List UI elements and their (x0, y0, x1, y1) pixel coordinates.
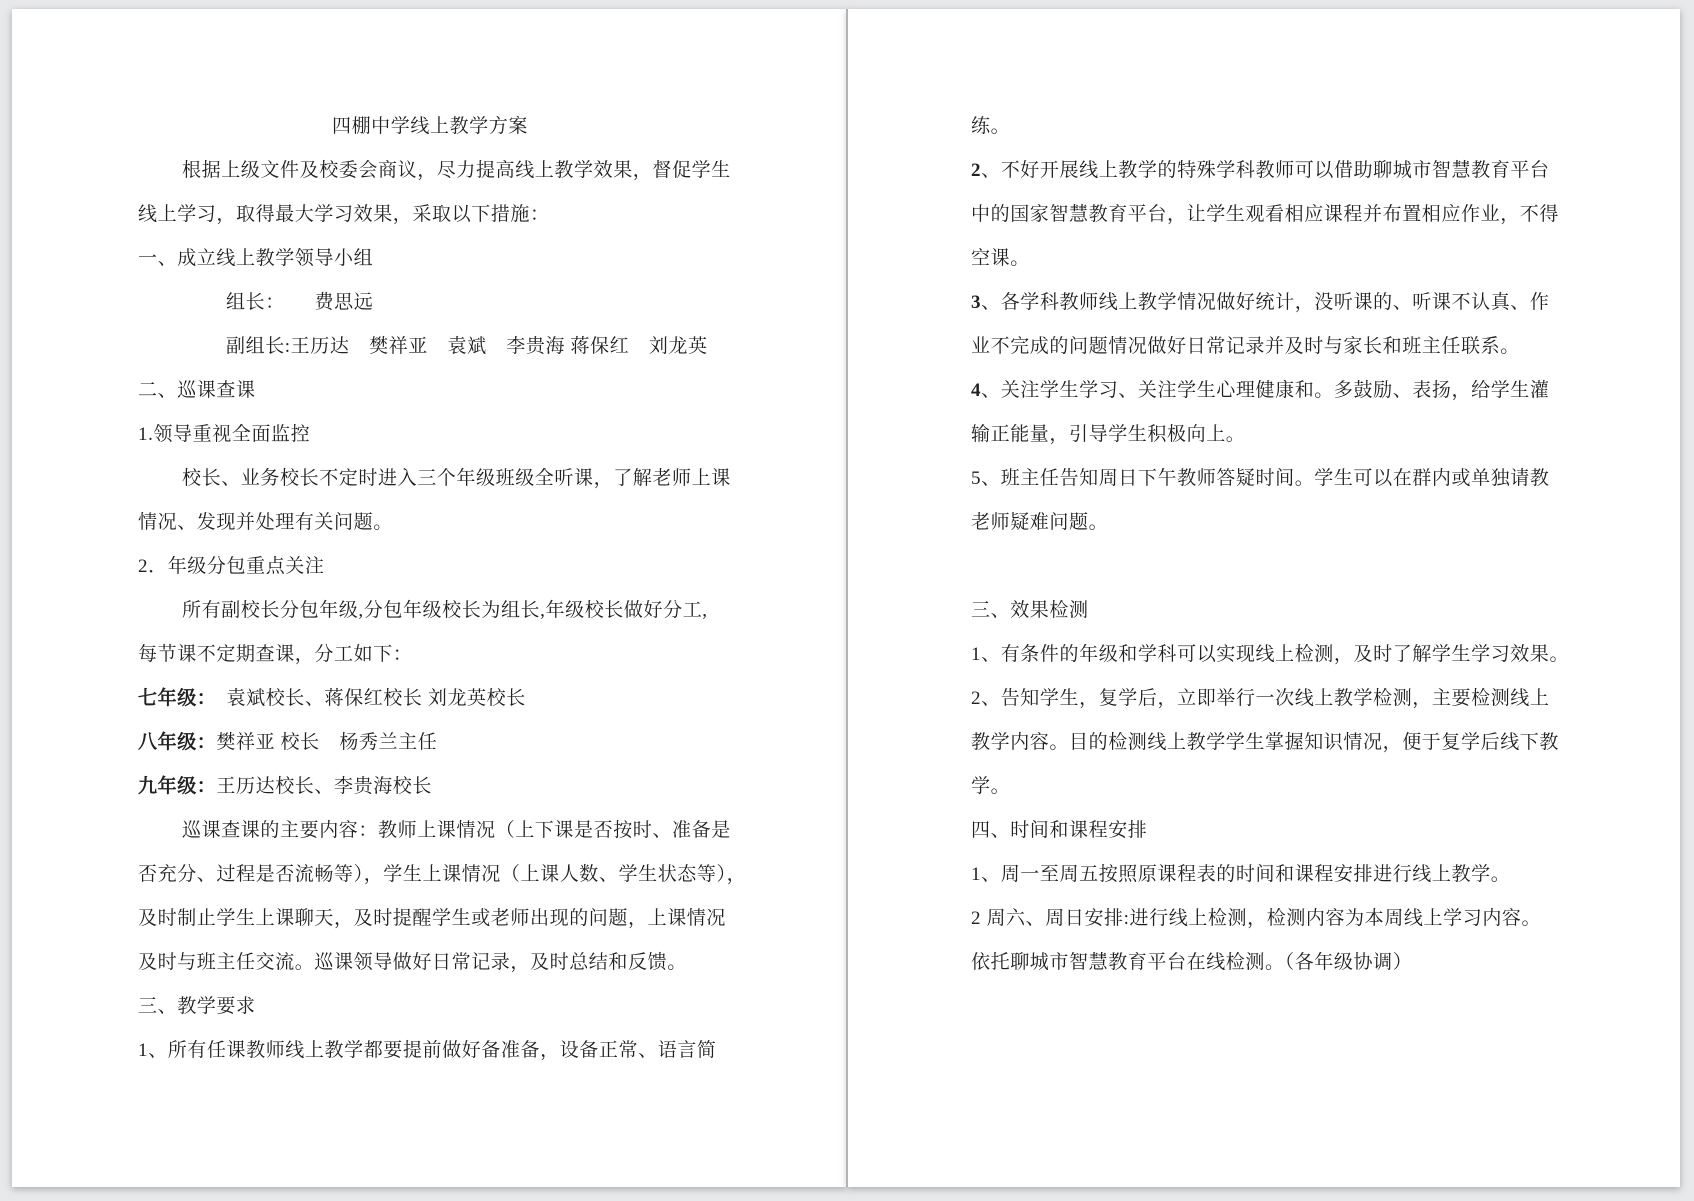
text-run: 及时制止学生上课聊天，及时提醒学生或老师出现的问题，上课情况 (138, 908, 726, 929)
text-run: 练。 (971, 116, 1010, 137)
text-line: 2、告知学生，复学后，立即举行一次线上教学检测，主要检测线上 (971, 677, 1571, 721)
text-run: 、关注学生学习、关注学生心理健康和。多鼓励、表扬，给学生灌 (981, 380, 1549, 401)
text-line: 八年级：樊祥亚 校长 杨秀兰主任 (138, 721, 722, 765)
text-line: 组长： 费思远 (138, 281, 722, 325)
text-line: 九年级：王历达校长、李贵海校长 (138, 765, 722, 809)
text-line: 4、关注学生学习、关注学生心理健康和。多鼓励、表扬，给学生灌 (971, 369, 1571, 413)
text-line: 输正能量，引导学生积极向上。 (971, 413, 1571, 457)
text-run: 三、教学要求 (138, 996, 256, 1017)
text-line: 1、有条件的年级和学科可以实现线上检测，及时了解学生学习效果。 (971, 633, 1571, 677)
text-line: 2．年级分包重点关注 (138, 545, 722, 589)
text-run: 组长： 费思远 (226, 292, 373, 313)
text-run: 情况、发现并处理有关问题。 (138, 512, 393, 533)
text-run: 一、成立线上教学领导小组 (138, 248, 373, 269)
text-line: 学。 (971, 765, 1571, 809)
text-run: 输正能量，引导学生积极向上。 (971, 424, 1245, 445)
text-line: 2、不好开展线上教学的特殊学科教师可以借助聊城市智慧教育平台 (971, 149, 1571, 193)
text-run: 校长、业务校长不定时进入三个年级班级全听课，了解老师上课 (182, 468, 731, 489)
text-line: 情况、发现并处理有关问题。 (138, 501, 722, 545)
text-run: 学。 (971, 776, 1010, 797)
text-run: 业不完成的问题情况做好日常记录并及时与家长和班主任联系。 (971, 336, 1520, 357)
text-line: 校长、业务校长不定时进入三个年级班级全听课，了解老师上课 (138, 457, 722, 501)
text-run: 依托聊城市智慧教育平台在线检测。（各年级协调） (971, 952, 1412, 973)
text-line: 5、班主任告知周日下午教师答疑时间。学生可以在群内或单独请教 (971, 457, 1571, 501)
text-run: 1、周一至周五按照原课程表的时间和课程安排进行线上教学。 (971, 864, 1510, 885)
text-run: 巡课查课的主要内容：教师上课情况（上下课是否按时、准备是 (182, 820, 731, 841)
text-line: 二、巡课查课 (138, 369, 722, 413)
text-line: 三、效果检测 (971, 589, 1571, 633)
text-line: 空课。 (971, 237, 1571, 281)
text-line: 巡课查课的主要内容：教师上课情况（上下课是否按时、准备是 (138, 809, 722, 853)
text-run: 所有副校长分包年级,分包年级校长为组长,年级校长做好分工, (182, 600, 708, 621)
text-run: 王历达校长、李贵海校长 (216, 776, 432, 797)
text-run: 老师疑难问题。 (971, 512, 1108, 533)
document-page-1: 四棚中学线上教学方案根据上级文件及校委会商议，尽力提高线上教学效果，督促学生线上… (12, 9, 846, 1187)
text-line: 中的国家智慧教育平台，让学生观看相应课程并布置相应作业，不得 (971, 193, 1571, 237)
text-line: 1、所有任课教师线上教学都要提前做好备准备，设备正常、语言简 (138, 1029, 722, 1073)
text-line: 老师疑难问题。 (971, 501, 1571, 545)
text-line: 所有副校长分包年级,分包年级校长为组长,年级校长做好分工, (138, 589, 722, 633)
text-line: 七年级： 袁斌校长、蒋保红校长 刘龙英校长 (138, 677, 722, 721)
text-run: 线上学习，取得最大学习效果，采取以下措施： (138, 204, 550, 225)
text-line: 及时与班主任交流。巡课领导做好日常记录，及时总结和反馈。 (138, 941, 722, 985)
text-run: 1、有条件的年级和学科可以实现线上检测，及时了解学生学习效果。 (971, 644, 1569, 665)
text-run: 2．年级分包重点关注 (138, 556, 325, 577)
text-line: 业不完成的问题情况做好日常记录并及时与家长和班主任联系。 (971, 325, 1571, 369)
text-line: 一、成立线上教学领导小组 (138, 237, 722, 281)
text-line: 1、周一至周五按照原课程表的时间和课程安排进行线上教学。 (971, 853, 1571, 897)
text-run: 每节课不定期查课，分工如下： (138, 644, 412, 665)
bold-label: 七年级： (138, 688, 207, 709)
bold-label: 2 (971, 160, 981, 181)
text-line: 2 周六、周日安排:进行线上检测，检测内容为本周线上学习内容。 (971, 897, 1571, 941)
text-run: 、不好开展线上教学的特殊学科教师可以借助聊城市智慧教育平台 (981, 160, 1549, 181)
text-line: 教学内容。目的检测线上教学学生掌握知识情况，便于复学后线下教 (971, 721, 1571, 765)
text-run: 四、时间和课程安排 (971, 820, 1147, 841)
text-run: 5、班主任告知周日下午教师答疑时间。学生可以在群内或单独请教 (971, 468, 1550, 489)
text-run: 中的国家智慧教育平台，让学生观看相应课程并布置相应作业，不得 (971, 204, 1559, 225)
text-run: 1.领导重视全面监控 (138, 424, 310, 445)
text-run: 副组长:王历达 樊祥亚 袁斌 李贵海 蒋保红 刘龙英 (226, 336, 708, 357)
text-line: 及时制止学生上课聊天，及时提醒学生或老师出现的问题，上课情况 (138, 897, 722, 941)
text-line: 依托聊城市智慧教育平台在线检测。（各年级协调） (971, 941, 1571, 985)
bold-label: 八年级： (138, 732, 216, 753)
text-run: 、各学科教师线上教学情况做好统计，没听课的、听课不认真、作 (981, 292, 1549, 313)
page-1-text-content: 四棚中学线上教学方案根据上级文件及校委会商议，尽力提高线上教学效果，督促学生线上… (12, 9, 722, 1073)
text-line: 3、各学科教师线上教学情况做好统计，没听课的、听课不认真、作 (971, 281, 1571, 325)
text-run: 二、巡课查课 (138, 380, 256, 401)
text-line: 副组长:王历达 樊祥亚 袁斌 李贵海 蒋保红 刘龙英 (138, 325, 722, 369)
text-run: 四棚中学线上教学方案 (332, 116, 528, 137)
text-run: 空课。 (971, 248, 1030, 269)
text-run: 教学内容。目的检测线上教学学生掌握知识情况，便于复学后线下教 (971, 732, 1559, 753)
text-run: 2、告知学生，复学后，立即举行一次线上教学检测，主要检测线上 (971, 688, 1550, 709)
text-run: 及时与班主任交流。巡课领导做好日常记录，及时总结和反馈。 (138, 952, 687, 973)
text-line (971, 545, 1571, 589)
text-line: 三、教学要求 (138, 985, 722, 1029)
page-divider (846, 9, 848, 1187)
text-line: 四、时间和课程安排 (971, 809, 1571, 853)
text-run: 樊祥亚 校长 杨秀兰主任 (216, 732, 437, 753)
text-run: 1、所有任课教师线上教学都要提前做好备准备，设备正常、语言简 (138, 1040, 717, 1061)
text-run: 2 周六、周日安排:进行线上检测，检测内容为本周线上学习内容。 (971, 908, 1541, 929)
text-run: 三、效果检测 (971, 600, 1089, 621)
text-line: 每节课不定期查课，分工如下： (138, 633, 722, 677)
document-title: 四棚中学线上教学方案 (138, 105, 722, 149)
text-line: 线上学习，取得最大学习效果，采取以下措施： (138, 193, 722, 237)
text-run: 根据上级文件及校委会商议，尽力提高线上教学效果，督促学生 (182, 160, 731, 181)
bold-label: 九年级： (138, 776, 216, 797)
text-run: 否充分、过程是否流畅等），学生上课情况（上课人数、学生状态等）， (138, 864, 746, 885)
bold-label: 3 (971, 292, 981, 313)
text-run: 袁斌校长、蒋保红校长 刘龙英校长 (207, 688, 526, 709)
text-line: 否充分、过程是否流畅等），学生上课情况（上课人数、学生状态等）， (138, 853, 722, 897)
page-2-text-content: 练。2、不好开展线上教学的特殊学科教师可以借助聊城市智慧教育平台中的国家智慧教育… (848, 9, 1571, 985)
text-line: 1.领导重视全面监控 (138, 413, 722, 457)
document-viewer: { "document": { "title": "四棚中学线上教学方案", "… (0, 0, 1694, 1201)
text-line: 练。 (971, 105, 1571, 149)
text-line: 根据上级文件及校委会商议，尽力提高线上教学效果，督促学生 (138, 149, 722, 193)
bold-label: 4 (971, 380, 981, 401)
text-run (971, 556, 976, 577)
document-page-2: 练。2、不好开展线上教学的特殊学科教师可以借助聊城市智慧教育平台中的国家智慧教育… (848, 9, 1680, 1187)
